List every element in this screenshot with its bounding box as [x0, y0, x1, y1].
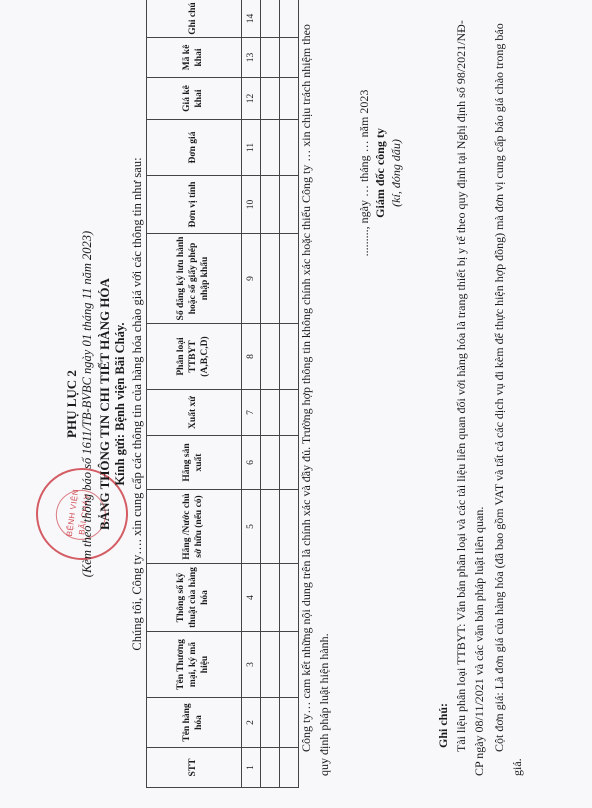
table-cell — [261, 632, 280, 698]
column-header: Thông số kỹ thuật của hàng hóa — [147, 564, 242, 632]
column-number-row: 1 2 3 4 5 6 7 8 9 10 11 12 13 14 — [242, 0, 261, 788]
column-header: Đơn vị tính — [147, 176, 242, 234]
column-number: 4 — [242, 564, 261, 632]
table-cell — [280, 698, 299, 748]
signature-date-line: ........., ngày … tháng … năm 2023 — [356, 58, 372, 288]
table-header-row: STT Tên hàng hóa Tên Thương mại, ký mã h… — [147, 0, 242, 788]
column-header: Tên Thương mại, ký mã hiệu — [147, 632, 242, 698]
column-number: 3 — [242, 632, 261, 698]
column-number: 8 — [242, 324, 261, 390]
table-cell — [261, 564, 280, 632]
column-number: 7 — [242, 390, 261, 436]
note-item: Tài liệu phân loại TTBYT: Văn bản phân l… — [452, 16, 488, 776]
column-number: 12 — [242, 78, 261, 120]
column-number: 9 — [242, 234, 261, 324]
column-header: Số đăng ký lưu hành hoặc số giấy phép nh… — [147, 234, 242, 324]
column-number: 11 — [242, 120, 261, 176]
table-cell — [261, 78, 280, 120]
signature-note: (kí, đóng dấu) — [388, 58, 404, 288]
table-cell — [280, 0, 299, 38]
document-page: BỆNH VIỆN BÃI CHÁY PHỤ LỤC 2 (Kèm theo t… — [0, 0, 592, 808]
table-cell — [280, 748, 299, 788]
note-item: Cột đơn giá: Là đơn giá của hàng hóa (đã… — [490, 16, 526, 776]
column-header: Đơn giá — [147, 120, 242, 176]
table-cell — [280, 390, 299, 436]
signature-block: ........., ngày … tháng … năm 2023 Giám … — [356, 58, 404, 288]
table-cell — [280, 632, 299, 698]
table-cell — [261, 390, 280, 436]
column-number: 10 — [242, 176, 261, 234]
column-header: Mã kê khai — [147, 38, 242, 78]
table-cell — [261, 698, 280, 748]
column-number: 14 — [242, 0, 261, 38]
column-number: 6 — [242, 436, 261, 490]
table-cell — [261, 38, 280, 78]
column-header: Hãng /Nước chủ sở hữu (nếu có) — [147, 490, 242, 564]
table-cell — [261, 234, 280, 324]
appendix-title: PHỤ LỤC 2 — [64, 0, 80, 808]
goods-info-table: STT Tên hàng hóa Tên Thương mại, ký mã h… — [146, 0, 299, 788]
intro-text: Chúng tôi, Công ty…. xin cung cấp các th… — [130, 0, 145, 808]
table-cell — [280, 38, 299, 78]
appendix-subtitle: (Kèm theo thông báo số 1611/TB-BVBC ngày… — [80, 0, 95, 808]
column-header: STT — [147, 748, 242, 788]
table-cell — [280, 176, 299, 234]
commitment-paragraph: Công ty… cam kết những nội dung trên là … — [297, 16, 333, 776]
column-number: 1 — [242, 748, 261, 788]
notes-title: Ghi chú: — [436, 703, 451, 748]
column-number: 13 — [242, 38, 261, 78]
addressee: Kính gửi: Bệnh viện Bãi Cháy. — [113, 0, 128, 808]
table-cell — [280, 78, 299, 120]
table-cell — [280, 564, 299, 632]
column-header: Xuất xứ — [147, 390, 242, 436]
table-cell — [261, 0, 280, 38]
column-number: 2 — [242, 698, 261, 748]
column-header: Ghi chú — [147, 0, 242, 38]
table-cell — [261, 490, 280, 564]
table-cell — [261, 120, 280, 176]
column-header: Tên hàng hóa — [147, 698, 242, 748]
column-number: 5 — [242, 490, 261, 564]
table-cell — [280, 490, 299, 564]
table-cell — [280, 436, 299, 490]
table-cell — [261, 324, 280, 390]
table-cell — [261, 176, 280, 234]
table-cell — [280, 120, 299, 176]
column-header: Phân loại TTBYT (A,B,C,D) — [147, 324, 242, 390]
document-heading: BẢNG THÔNG TIN CHI TIẾT HÀNG HÓA — [97, 0, 113, 808]
table-row — [280, 0, 299, 788]
table-cell — [261, 748, 280, 788]
column-header: Hãng sản xuất — [147, 436, 242, 490]
table-cell — [280, 234, 299, 324]
column-header: Giá kê khai — [147, 78, 242, 120]
table-cell — [261, 436, 280, 490]
table-row — [261, 0, 280, 788]
table-cell — [280, 324, 299, 390]
signature-title: Giám đốc công ty — [372, 58, 388, 288]
